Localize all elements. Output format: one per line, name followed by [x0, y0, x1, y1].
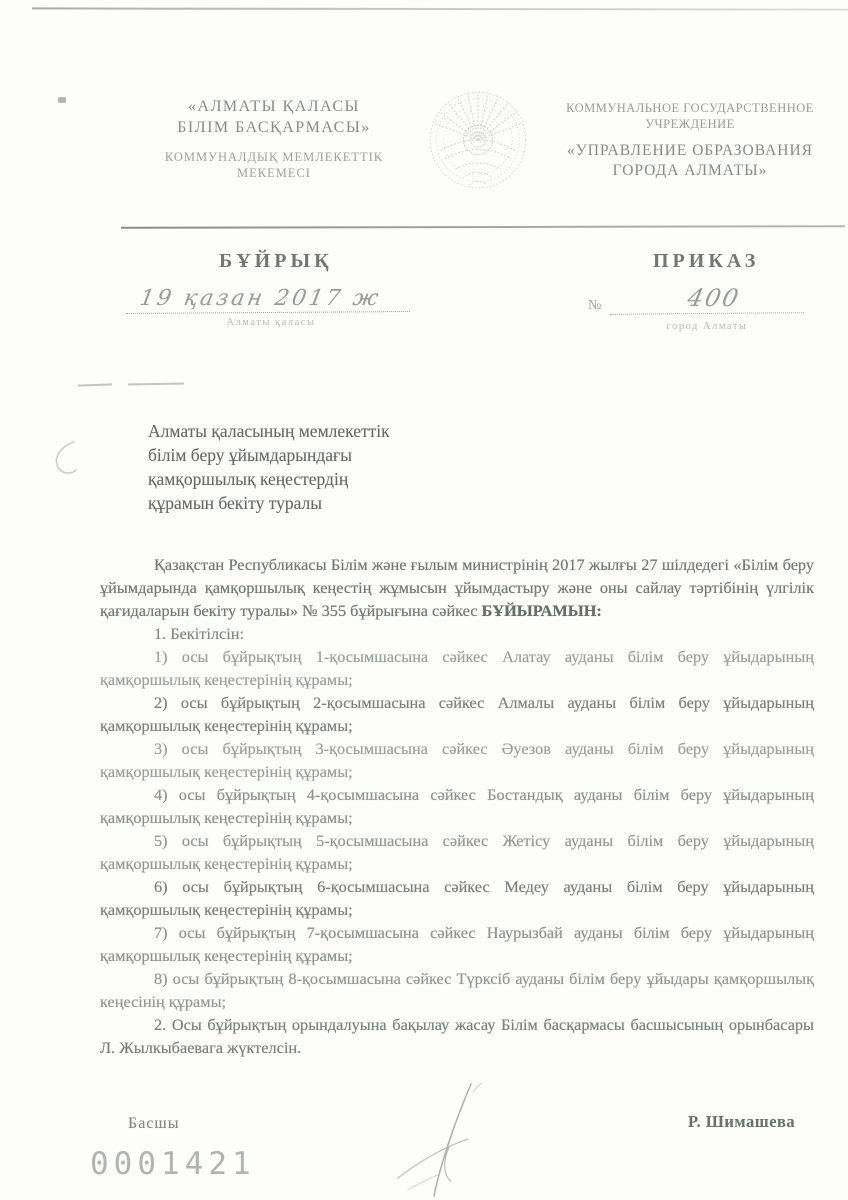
org-ru-type1: КОММУНАЛЬНОЕ ГОСУДАРСТВЕННОЕ: [538, 100, 842, 116]
org-kk-line2: БІЛІМ БАСҚАРМАСЫ»: [128, 117, 420, 138]
body-item: 4) осы бұйрықтың 4-қосымшасына сәйкес Бо…: [100, 783, 814, 829]
subject-line: Алматы қаласының мемлекеттік: [148, 419, 488, 443]
order-title-russian: ПРИКАЗ: [653, 250, 759, 273]
order-verb: БҰЙЫРАМЫН:: [482, 601, 602, 620]
header-divider: [121, 225, 845, 229]
org-ru-line1: «УПРАВЛЕНИЕ ОБРАЗОВАНИЯ: [538, 141, 842, 161]
order-title-kazakh: БҰЙРЫҚ: [219, 250, 333, 273]
place-label-kazakh: Алматы қаласы: [198, 317, 344, 328]
org-kk-type2: МЕКЕМЕСІ: [128, 165, 420, 181]
scan-speck: [58, 97, 66, 103]
place-label-russian: город Алматы: [636, 321, 778, 332]
body-item: 1. Бекітілсін:: [100, 622, 814, 645]
handwritten-signature: [378, 1068, 528, 1200]
body-item: 2. Осы бұйрықтың орындалуына бақылау жас…: [100, 1013, 814, 1059]
body-item: 8) осы бұйрықтың 8-қосымшасына сәйкес Тү…: [100, 967, 814, 1013]
subject-line: құрамын бекіту туралы: [148, 491, 488, 515]
org-kk-type1: КОММУНАЛДЫҚ МЕМЛЕКЕТТІК: [128, 149, 420, 165]
body-item: 6) осы бұйрықтың 6-қосымшасына сәйкес Ме…: [100, 875, 814, 921]
body-item: 7) осы бұйрықтың 7-қосымшасына сәйкес На…: [100, 921, 814, 967]
signer-position: Басшы: [128, 1115, 179, 1133]
signer-name: Р. Шимашева: [688, 1112, 795, 1132]
date-dotted-line: [126, 311, 410, 314]
body-item: 3) осы бұйрықтың 3-қосымшасына сәйкес Әу…: [100, 737, 814, 783]
intro-text: Қазақстан Республикасы Білім және ғылым …: [100, 555, 814, 620]
order-subject: Алматы қаласының мемлекеттік білім беру …: [148, 419, 488, 515]
pencil-mark: [78, 383, 112, 386]
pencil-curl-mark: [48, 432, 82, 480]
kazakhstan-emblem-icon: [426, 86, 530, 190]
org-ru-line2: ГОРОДА АЛМАТЫ»: [538, 161, 842, 181]
org-kk-line1: «АЛМАТЫ ҚАЛАСЫ: [128, 96, 420, 117]
org-name-kazakh: «АЛМАТЫ ҚАЛАСЫ БІЛІМ БАСҚАРМАСЫ» КОММУНА…: [128, 96, 420, 181]
handwritten-date: 19 қазан 2017 ж: [138, 286, 383, 311]
number-dotted-line: [610, 312, 804, 315]
pencil-mark: [128, 383, 184, 385]
org-ru-type2: УЧРЕЖДЕНИЕ: [538, 116, 842, 132]
scanned-order-document: «АЛМАТЫ ҚАЛАСЫ БІЛІМ БАСҚАРМАСЫ» КОММУНА…: [0, 0, 848, 1200]
document-stamp-number: 0001421: [90, 1146, 256, 1182]
subject-line: қамқоршылық кеңестердің: [148, 467, 488, 491]
scan-edge-line: [32, 7, 848, 10]
subject-line: білім беру ұйымдарындағы: [148, 443, 488, 467]
body-item: 5) осы бұйрықтың 5-қосымшасына сәйкес Же…: [100, 829, 814, 875]
intro-paragraph: Қазақстан Республикасы Білім және ғылым …: [100, 553, 814, 622]
number-sign: №: [588, 298, 601, 314]
body-item: 1) осы бұйрықтың 1-қосымшасына сәйкес Ал…: [100, 645, 814, 691]
order-body: Қазақстан Республикасы Білім және ғылым …: [100, 553, 814, 1059]
org-name-russian: КОММУНАЛЬНОЕ ГОСУДАРСТВЕННОЕ УЧРЕЖДЕНИЕ …: [538, 100, 842, 181]
body-item: 2) осы бұйрықтың 2-қосымшасына сәйкес Ал…: [100, 691, 814, 737]
handwritten-order-number: 400: [685, 284, 743, 312]
